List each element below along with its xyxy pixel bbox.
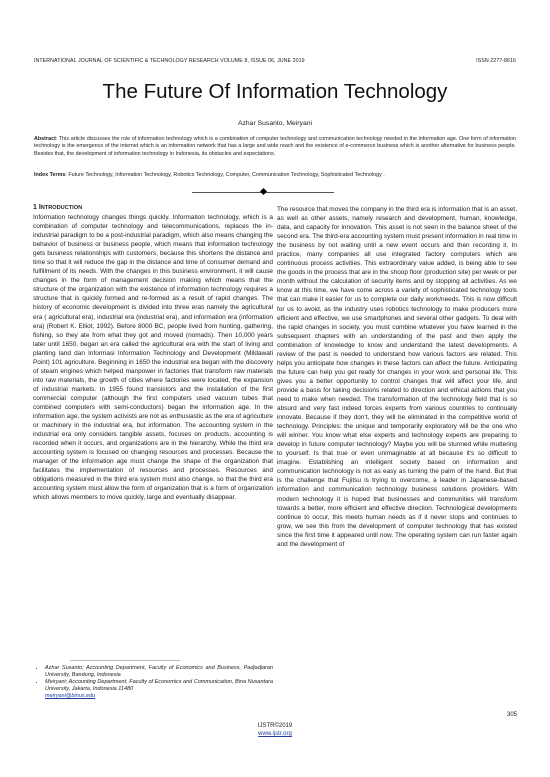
abstract-label: Abstract <box>34 136 56 142</box>
page-footer: IJSTR©2019 www.ijstr.org <box>0 722 550 738</box>
section-heading-introduction: 1 INTRODUCTION <box>33 203 273 213</box>
paper-title: The Future Of Information Technology <box>0 80 550 104</box>
footnote-text: Meiryani; Accounting Department, Faculty… <box>45 679 273 692</box>
index-terms-text: : Future Technology, Information Technol… <box>65 172 384 178</box>
right-column: The resource that moves the company in t… <box>277 205 517 549</box>
footnote-item: Azhar Susanto; Accounting Department, Fa… <box>45 665 273 679</box>
copyright: IJSTR©2019 <box>0 722 550 730</box>
page-number: 305 <box>507 712 517 718</box>
index-terms-label: Index Terms <box>34 172 65 178</box>
abstract-text: : This article discusses the role of inf… <box>34 136 516 157</box>
running-head: INTERNATIONAL JOURNAL OF SCIENTIFIC & TE… <box>34 58 516 64</box>
divider-diamond-icon <box>260 188 267 195</box>
footnote-item: Meiryani; Accounting Department, Faculty… <box>45 679 273 700</box>
author-footnotes: Azhar Susanto; Accounting Department, Fa… <box>33 665 273 700</box>
journal-name: INTERNATIONAL JOURNAL OF SCIENTIFIC & TE… <box>34 58 305 64</box>
paper-page: INTERNATIONAL JOURNAL OF SCIENTIFIC & TE… <box>0 0 550 777</box>
section-number: 1 I <box>33 204 41 211</box>
issn: ISSN 2277-8616 <box>476 58 516 64</box>
author-list: Azhar Susanto, Meiryani <box>0 120 550 127</box>
index-terms: Index Terms: Future Technology, Informat… <box>34 172 516 179</box>
journal-website-link[interactable]: www.ijstr.org <box>258 731 292 737</box>
footnote-text: Azhar Susanto; Accounting Department, Fa… <box>45 665 273 678</box>
section-name: NTRODUCTION <box>41 205 82 211</box>
author-email-link[interactable]: meiryani@binus.edu <box>45 693 95 699</box>
body-paragraph: Information technology changes things qu… <box>33 213 273 503</box>
footnote-rule <box>70 660 180 661</box>
body-paragraph: The resource that moves the company in t… <box>277 205 517 549</box>
left-column: 1 INTRODUCTION Information technology ch… <box>33 203 273 503</box>
abstract: Abstract: This article discusses the rol… <box>34 136 516 158</box>
